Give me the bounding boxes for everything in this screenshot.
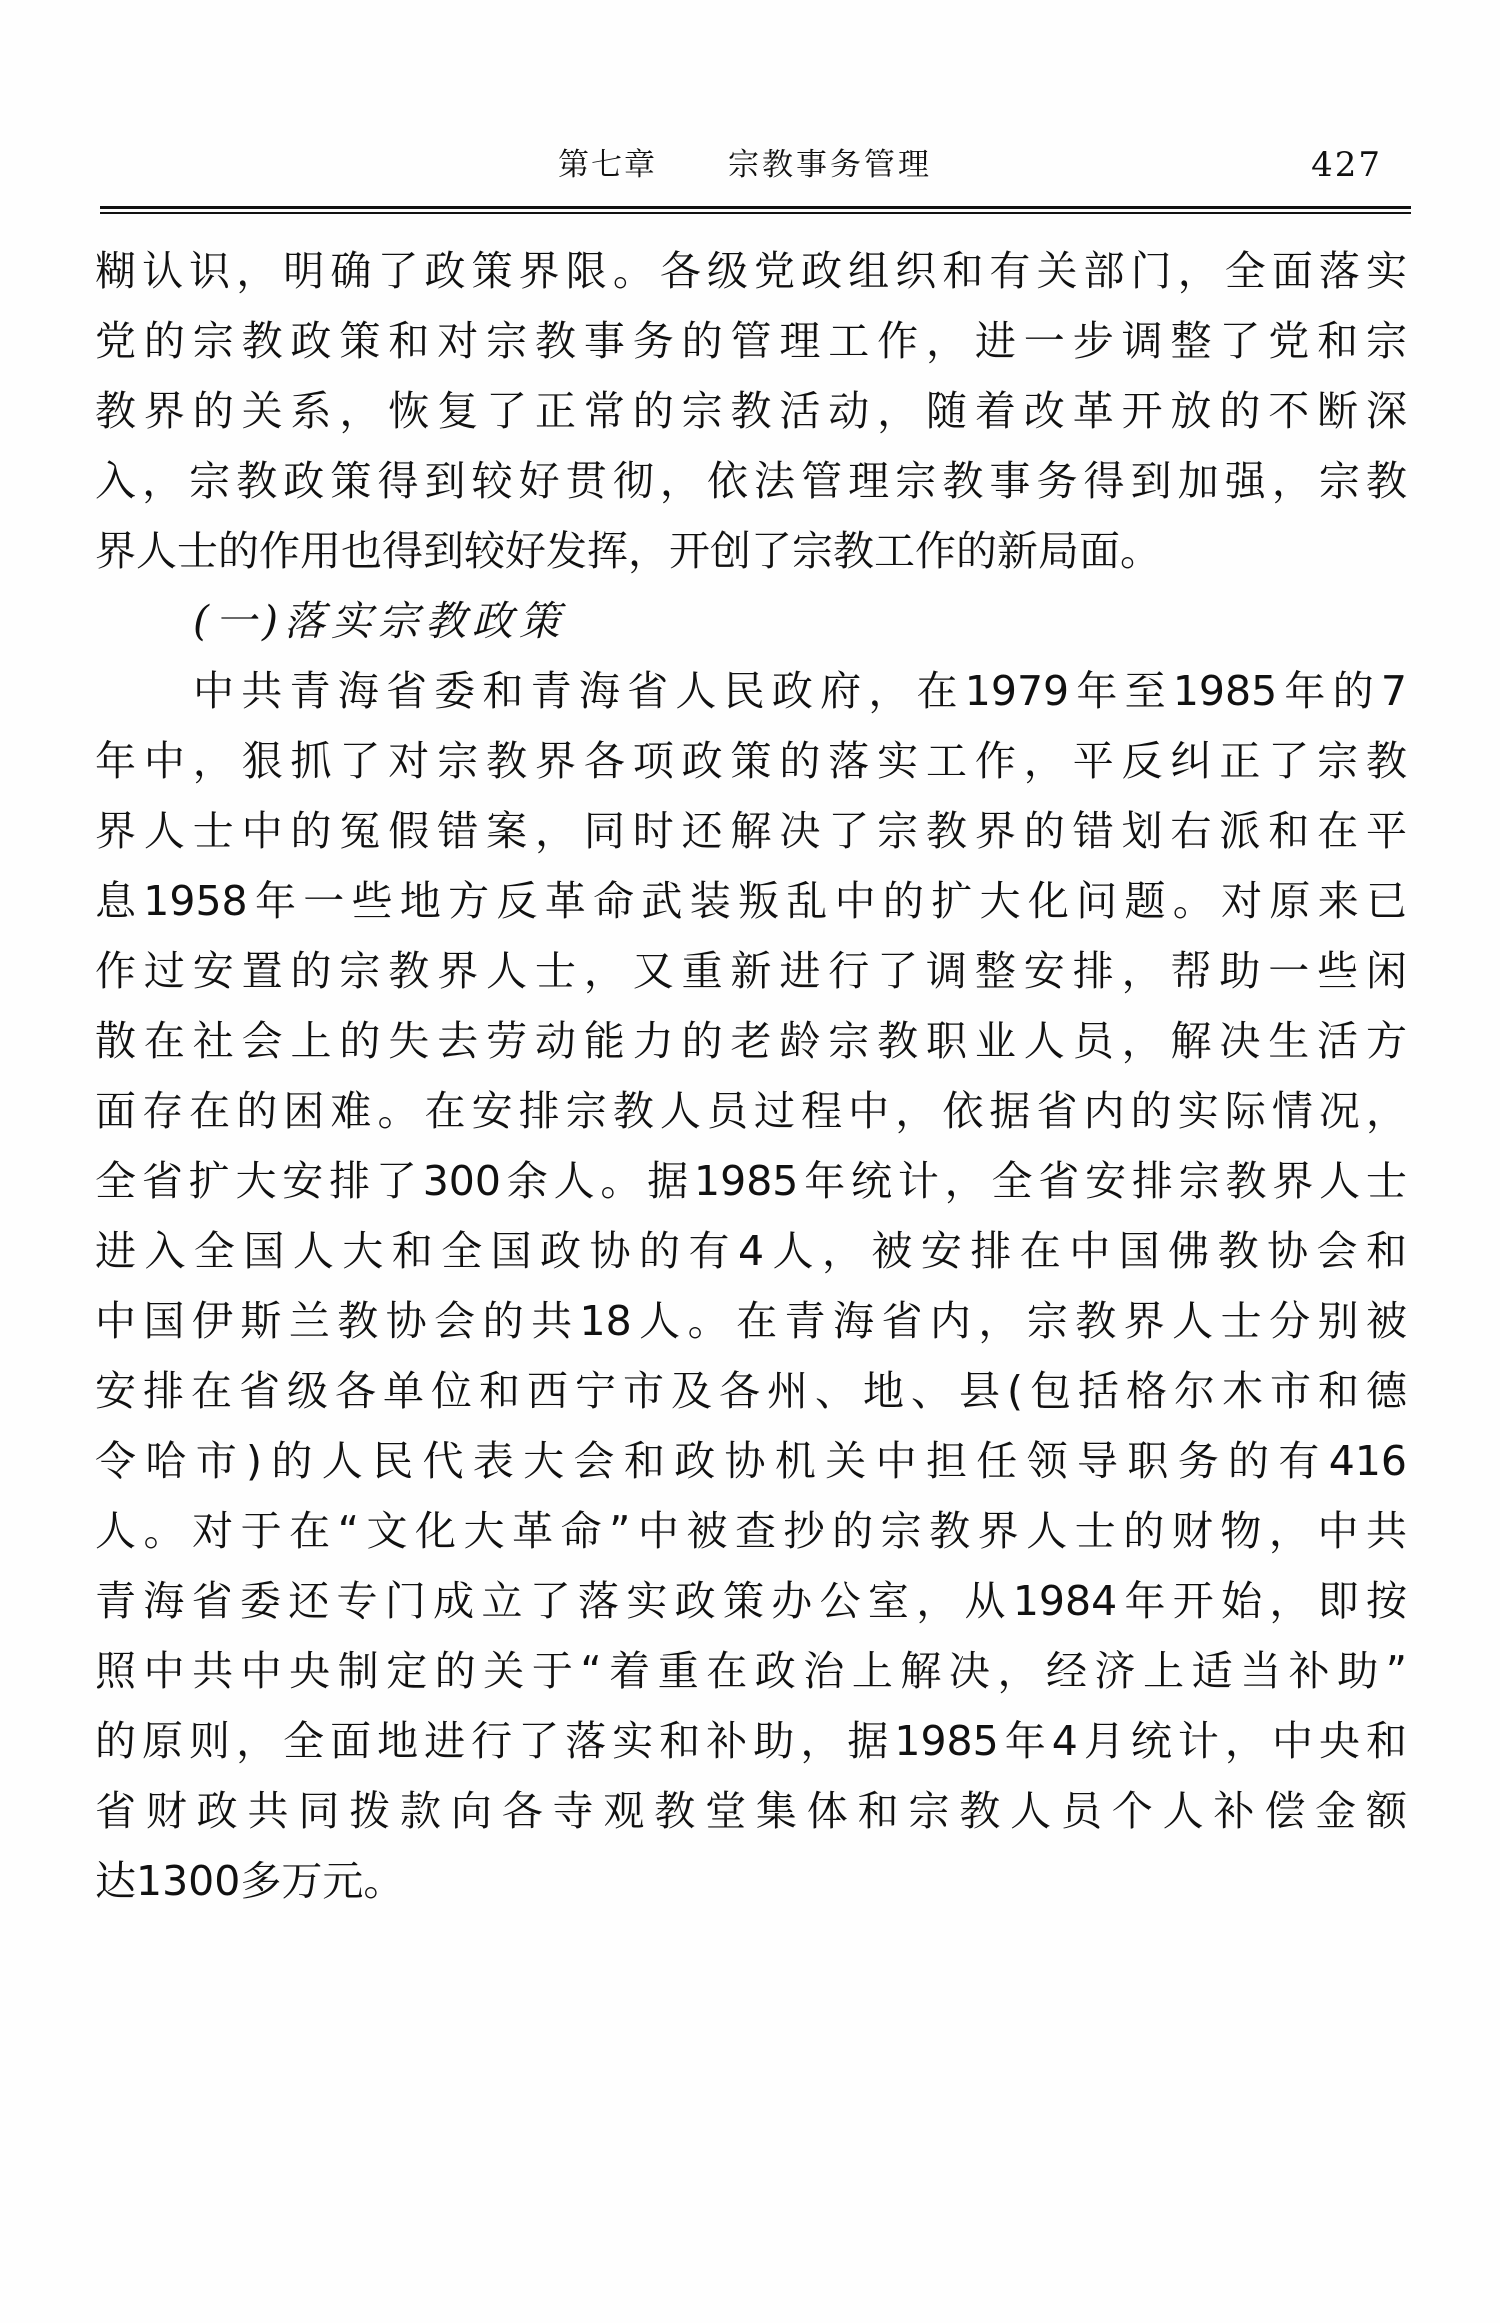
section-heading: (一)落实宗教政策: [95, 586, 1407, 656]
text-line: 作过安置的宗教界人士，又重新进行了调整安排，帮助一些闲: [95, 936, 1407, 1006]
text-line: 界人士的作用也得到较好发挥，开创了宗教工作的新局面。: [95, 516, 1407, 586]
paragraph-2: 中共青海省委和青海省人民政府，在1979年至1985年的7 年中，狠抓了对宗教界…: [95, 656, 1407, 1916]
header-rule-bottom: [100, 212, 1411, 214]
text-line: 安排在省级各单位和西宁市及各州、地、县(包括格尔木市和德: [95, 1356, 1407, 1426]
text-line: 年中，狠抓了对宗教界各项政策的落实工作，平反纠正了宗教: [95, 726, 1407, 796]
paragraph-1: 糊认识，明确了政策界限。各级党政组织和有关部门，全面落实 党的宗教政策和对宗教事…: [95, 236, 1407, 586]
text-line: 令哈市)的人民代表大会和政协机关中担任领导职务的有416: [95, 1426, 1407, 1496]
text-line: 人。对于在“文化大革命”中被查抄的宗教界人士的财物，中共: [95, 1496, 1407, 1566]
header-rule-top: [100, 206, 1411, 209]
text-line: 面存在的困难。在安排宗教人员过程中，依据省内的实际情况，: [95, 1076, 1407, 1146]
text-line: 糊认识，明确了政策界限。各级党政组织和有关部门，全面落实: [95, 236, 1407, 306]
body-text: 糊认识，明确了政策界限。各级党政组织和有关部门，全面落实 党的宗教政策和对宗教事…: [95, 236, 1407, 1916]
text-line: 全省扩大安排了300余人。据1985年统计，全省安排宗教界人士: [95, 1146, 1407, 1216]
text-line: 进入全国人大和全国政协的有4人，被安排在中国佛教协会和: [95, 1216, 1407, 1286]
text-line: 中国伊斯兰教协会的共18人。在青海省内，宗教界人士分别被: [95, 1286, 1407, 1356]
text-line: 达1300多万元。: [95, 1846, 1407, 1916]
text-line: 党的宗教政策和对宗教事务的管理工作，进一步调整了党和宗: [95, 306, 1407, 376]
page-number: 427: [1311, 140, 1382, 190]
chapter-title: 宗教事务管理: [728, 140, 932, 190]
book-page: 第七章 宗教事务管理 427 糊认识，明确了政策界限。各级党政组织和有关部门，全…: [0, 0, 1500, 2323]
text-line: 青海省委还专门成立了落实政策办公室，从1984年开始，即按: [95, 1566, 1407, 1636]
text-line: 散在社会上的失去劳动能力的老龄宗教职业人员，解决生活方: [95, 1006, 1407, 1076]
running-head: 第七章 宗教事务管理 427: [100, 140, 1410, 190]
text-line: 界人士中的冤假错案，同时还解决了宗教界的错划右派和在平: [95, 796, 1407, 866]
text-line: 照中共中央制定的关于“着重在政治上解决，经济上适当补助”: [95, 1636, 1407, 1706]
chapter-label: 第七章: [558, 140, 657, 190]
text-line: 的原则，全面地进行了落实和补助，据1985年4月统计，中央和: [95, 1706, 1407, 1776]
text-line: 教界的关系，恢复了正常的宗教活动，随着改革开放的不断深: [95, 376, 1407, 446]
text-line: 省财政共同拨款向各寺观教堂集体和宗教人员个人补偿金额: [95, 1776, 1407, 1846]
text-line: 中共青海省委和青海省人民政府，在1979年至1985年的7: [95, 656, 1407, 726]
text-line: 息1958年一些地方反革命武装叛乱中的扩大化问题。对原来已: [95, 866, 1407, 936]
text-line: 入，宗教政策得到较好贯彻，依法管理宗教事务得到加强，宗教: [95, 446, 1407, 516]
